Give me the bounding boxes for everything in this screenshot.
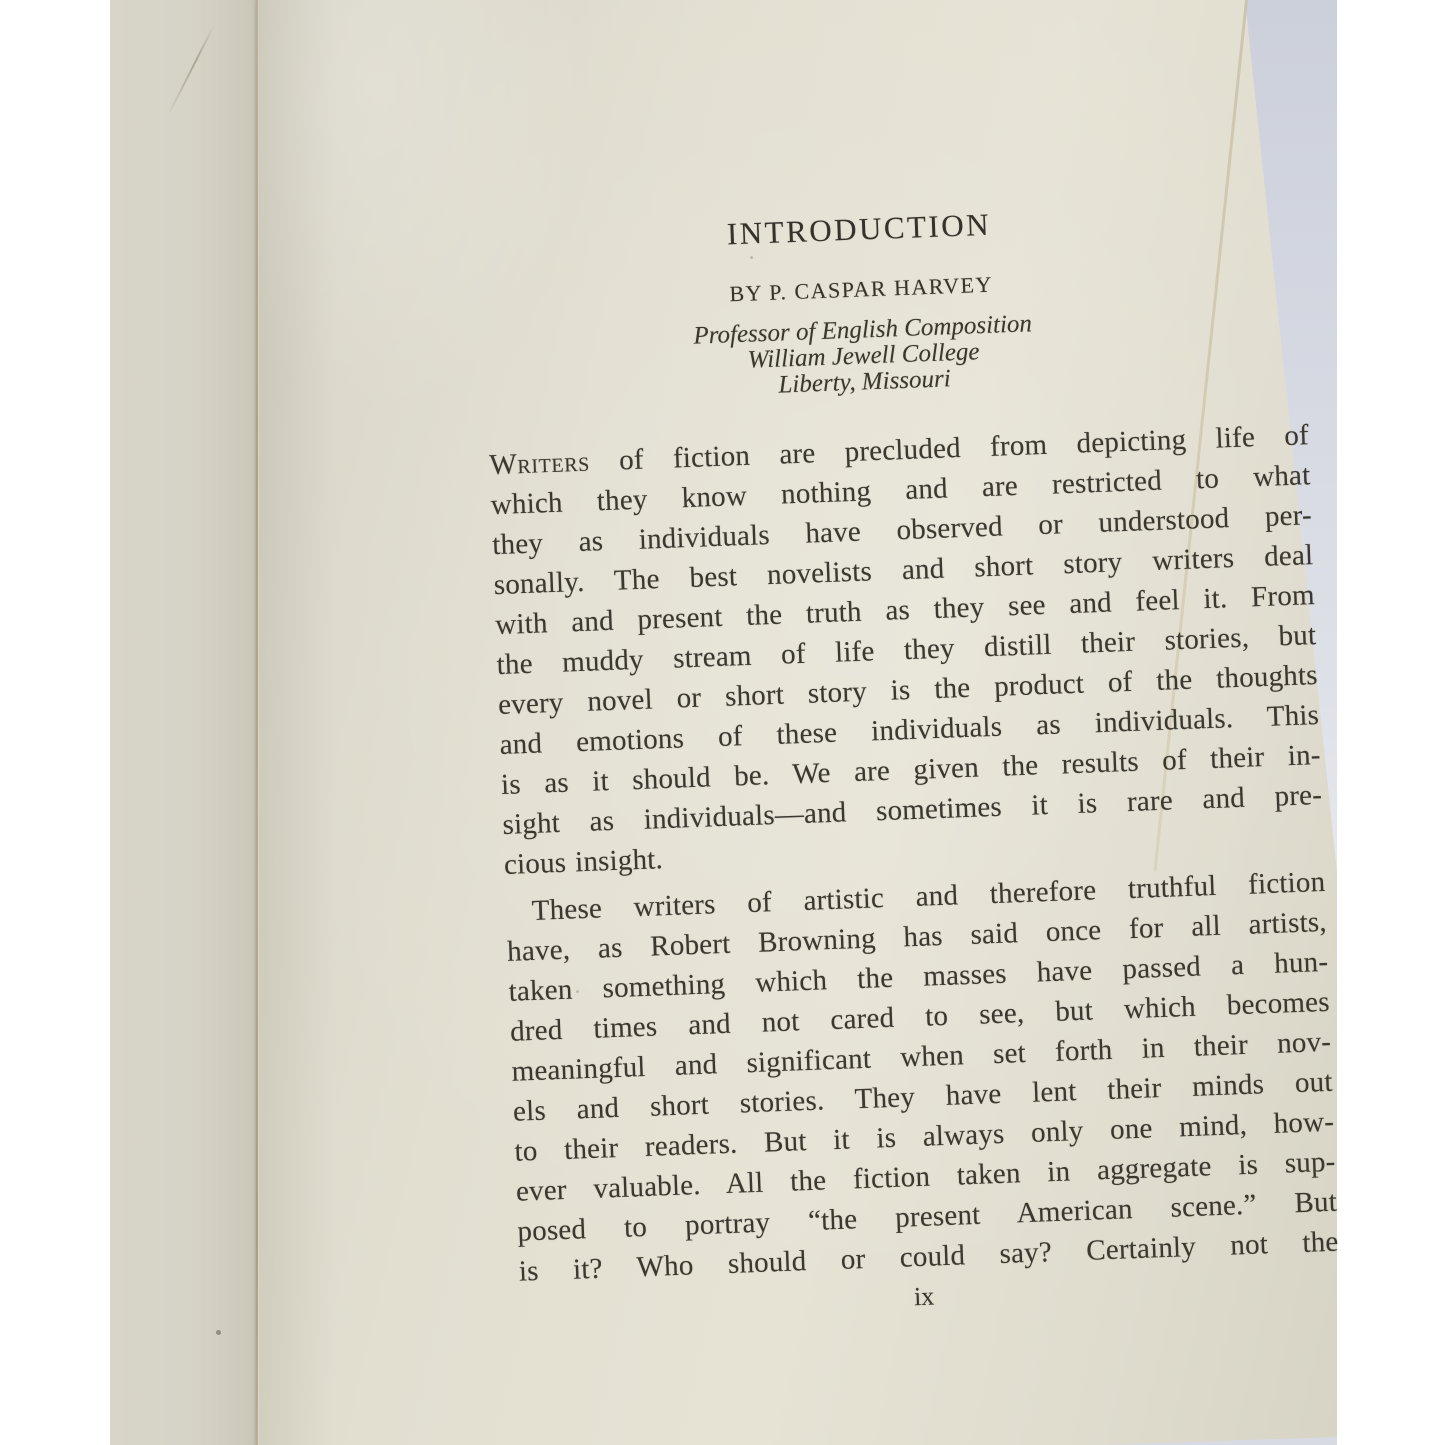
photo-backdrop: INTRODUCTION BY P. CASPAR HARVEY Profess…: [0, 0, 1445, 1445]
chapter-title: INTRODUCTION: [449, 197, 1270, 263]
affiliation-block: Professor of English Composition William…: [452, 302, 1274, 410]
adjacent-page: [110, 0, 256, 1445]
table-sliver: [1095, 1437, 1337, 1445]
paper-speck: [216, 1330, 221, 1335]
book-page-photo: INTRODUCTION BY P. CASPAR HARVEY Profess…: [110, 0, 1337, 1445]
paragraph-1: Writers of fiction are precluded from de…: [489, 415, 1325, 885]
paragraph-2: These writers of artistic and therefore …: [505, 862, 1339, 1292]
page-text: INTRODUCTION BY P. CASPAR HARVEY Profess…: [479, 165, 1340, 1329]
page-header: INTRODUCTION BY P. CASPAR HARVEY Profess…: [449, 197, 1275, 411]
lead-word: Writers: [489, 446, 591, 482]
